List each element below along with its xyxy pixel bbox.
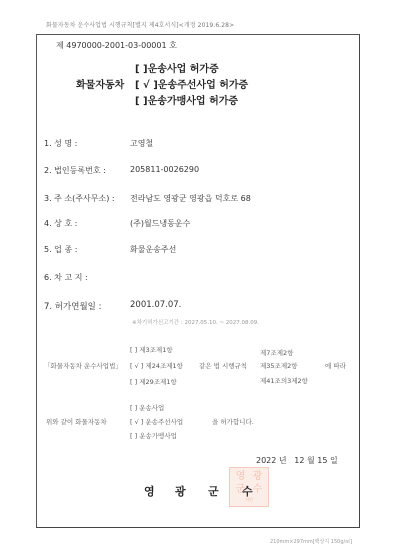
grant-option-label: 운송가맹사업 (139, 432, 177, 440)
article-label: 제24조제1항 (145, 362, 183, 370)
act-article-3: [ ] 제3조제1항 (130, 345, 173, 354)
field-name-value: 고영철 (130, 138, 153, 149)
checkbox-mark: [ ] (130, 404, 137, 412)
grant-option-transport: [ ] 운송사업 (130, 403, 164, 412)
grant-suffix: 을 허가합니다. (212, 417, 254, 426)
field-permit-date-value: 2001.07.07. (130, 300, 181, 310)
month-unit: 월 (307, 456, 315, 465)
field-business-type-label: 5. 업 종 : (44, 244, 77, 255)
checkbox-mark-checked: [ √ ] (130, 362, 143, 370)
issuer-char: 수 (242, 483, 253, 499)
issue-date: 2022 년 12 월 15 일 (256, 455, 338, 466)
act-article-29: [ ] 제29조제1항 (130, 377, 177, 386)
issue-month: 12 (294, 456, 304, 465)
title-option-transport: [ ]운송사업 허가증 (135, 60, 219, 75)
field-company-value: (주)월드냉동운수 (130, 218, 190, 229)
paper-spec: 210mm×297mm[백상지 150g/㎡] (270, 538, 352, 545)
field-business-type-value: 화물운송주선 (130, 244, 176, 255)
checkbox-mark: [ ] (130, 346, 137, 354)
legal-basis-suffix: 에 따라 (325, 361, 346, 370)
day-unit: 일 (330, 456, 338, 465)
title-option-franchise: [ ]운송가맹사업 허가증 (135, 92, 238, 107)
title-option-label: 운송주선사업 허가증 (158, 80, 248, 91)
issue-day: 15 (317, 456, 327, 465)
rule-article-7: 제7조제2항 (260, 348, 293, 357)
field-company-label: 4. 상 호 : (44, 218, 77, 229)
field-corp-reg-label: 2. 법인등록번호 : (44, 165, 106, 176)
grant-option-brokerage: [ √ ] 운송주선사업 (130, 417, 183, 426)
document-number: 제 4970000-2001-03-00001 호 (56, 40, 177, 51)
article-label: 제3조제1항 (139, 346, 172, 354)
form-reference: 화물자동차 운수사업법 시행규칙[별지 제4호서식]<개정 2019.6.28> (46, 20, 234, 29)
title-prefix: 화물자동차 (76, 76, 124, 91)
renewal-period-note: ※차기허가신고기간 : 2027.05.10. ~ 2027.08.09. (132, 318, 259, 326)
title-option-label: 운송사업 허가증 (148, 64, 219, 75)
checkbox-mark-checked: [ √ ] (135, 80, 158, 91)
field-address-value: 전라남도 영광군 영광읍 덕호로 68 (130, 193, 251, 204)
field-corp-reg-value: 205811-0026290 (130, 165, 199, 174)
checkbox-mark: [ ] (130, 432, 137, 440)
checkbox-mark: [ ] (130, 378, 137, 386)
seal-char: 영 (232, 470, 249, 483)
checkbox-mark: [ ] (135, 64, 148, 75)
rule-connector: 같은 법 시행규칙 (199, 361, 247, 370)
act-article-24: [ √ ] 제24조제1항 (130, 361, 183, 370)
seal-char: 광 (249, 470, 266, 483)
issuer-char: 광 (175, 483, 186, 499)
field-address-label: 3. 주 소(주사무소) : (44, 193, 115, 204)
grant-prefix: 위와 같이 화물자동차 (46, 417, 107, 426)
grant-option-franchise: [ ] 운송가맹사업 (130, 431, 177, 440)
field-garage-label: 6. 차 고 지 : (44, 272, 88, 283)
issuer-char: 영 (144, 483, 155, 499)
issuer-char: 군 (208, 483, 219, 499)
issue-year: 2022 (256, 456, 276, 465)
article-label: 제29조제1항 (139, 378, 177, 386)
field-permit-date-label: 7. 허가연월일 : (44, 300, 101, 312)
checkbox-mark-checked: [ √ ] (130, 418, 143, 426)
year-unit: 년 (279, 456, 287, 465)
rule-article-41-3: 제41조의3제2항 (260, 376, 308, 385)
title-option-brokerage: [ √ ]운송주선사업 허가증 (135, 76, 248, 91)
grant-option-label: 운송사업 (139, 404, 164, 412)
rule-article-35: 제35조제2항 (260, 361, 298, 370)
grant-option-label: 운송주선사업 (145, 418, 183, 426)
field-name-label: 1. 성 명 : (44, 138, 77, 149)
title-option-label: 운송가맹사업 허가증 (148, 96, 238, 107)
act-name: 「화물자동차 운수사업법」 (44, 361, 122, 370)
checkbox-mark: [ ] (135, 96, 148, 107)
